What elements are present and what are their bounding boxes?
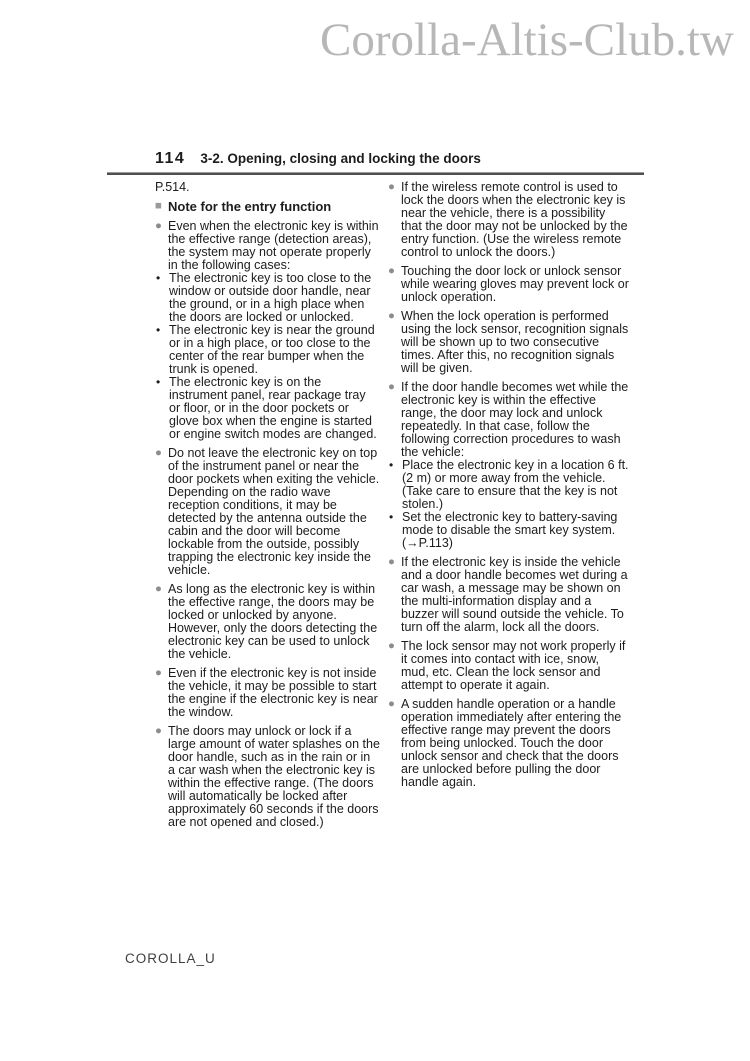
paragraph-text: The electronic key is on the instrument … <box>169 375 377 441</box>
footer-model-code: COROLLA_U <box>125 951 216 966</box>
list-item: ● The lock sensor may not work properly … <box>388 640 629 692</box>
sub-list-item: • The electronic key is near the ground … <box>155 324 380 376</box>
paragraph-text: If the electronic key is inside the vehi… <box>401 555 628 634</box>
dot-bullet-icon: • <box>389 511 393 524</box>
dot-bullet-icon: • <box>156 376 160 389</box>
paragraph-text: The doors may unlock or lock if a large … <box>168 724 380 829</box>
dot-bullet-icon: • <box>156 324 160 337</box>
left-column: P.514. ■ Note for the entry function ● E… <box>155 181 380 829</box>
disc-bullet-icon: ● <box>388 640 395 653</box>
sub-list-item: • Place the electronic key in a location… <box>388 459 629 511</box>
dot-bullet-icon: • <box>156 272 160 285</box>
list-item: ● As long as the electronic key is withi… <box>155 583 380 661</box>
paragraph-text: Set the electronic key to battery-saving… <box>402 510 617 550</box>
right-column: ● If the wireless remote control is used… <box>388 181 629 829</box>
list-item: ● If the electronic key is inside the ve… <box>388 556 629 634</box>
dot-bullet-icon: • <box>389 459 393 472</box>
disc-bullet-icon: ● <box>388 181 395 194</box>
paragraph-text: The electronic key is too close to the w… <box>169 271 371 324</box>
disc-bullet-icon: ● <box>155 220 162 233</box>
manual-page: { "watermark": "Corolla-Altis-Club.tw", … <box>0 0 750 1061</box>
list-item: ● Even if the electronic key is not insi… <box>155 667 380 719</box>
disc-bullet-icon: ● <box>155 667 162 680</box>
watermark: Corolla-Altis-Club.tw <box>320 13 734 67</box>
list-item: ● When the lock operation is performed u… <box>388 310 629 375</box>
sub-list-item: • The electronic key is too close to the… <box>155 272 380 324</box>
disc-bullet-icon: ● <box>388 698 395 711</box>
disc-bullet-icon: ● <box>155 583 162 596</box>
header-rule <box>107 172 644 175</box>
continuation-reference: P.514. <box>155 181 380 194</box>
paragraph-text: Touching the door lock or unlock sensor … <box>401 264 629 304</box>
paragraph-text: The lock sensor may not work properly if… <box>401 639 625 692</box>
disc-bullet-icon: ● <box>388 265 395 278</box>
sub-list-item: • Set the electronic key to battery-savi… <box>388 511 629 550</box>
list-item: ● If the wireless remote control is used… <box>388 181 629 259</box>
page-number: 114 <box>155 150 185 168</box>
paragraph-text: Even if the electronic key is not inside… <box>168 666 378 719</box>
list-item: ● If the door handle becomes wet while t… <box>388 381 629 459</box>
paragraph-text: When the lock operation is performed usi… <box>401 309 628 375</box>
list-item: ● Touching the door lock or unlock senso… <box>388 265 629 304</box>
page-header: 114 3-2. Opening, closing and locking th… <box>107 150 644 168</box>
disc-bullet-icon: ● <box>155 725 162 738</box>
paragraph-text: As long as the electronic key is within … <box>168 582 377 661</box>
note-heading: ■ Note for the entry function <box>155 200 380 214</box>
paragraph-text: If the wireless remote control is used t… <box>401 180 628 259</box>
heading-text: Note for the entry function <box>168 199 331 214</box>
two-column-body: P.514. ■ Note for the entry function ● E… <box>107 181 644 829</box>
list-item: ● Even when the electronic key is within… <box>155 220 380 272</box>
list-item: ● A sudden handle operation or a handle … <box>388 698 629 789</box>
paragraph-text: The electronic key is near the ground or… <box>169 323 375 376</box>
paragraph-text: If the door handle becomes wet while the… <box>401 380 628 459</box>
page-content: 114 3-2. Opening, closing and locking th… <box>107 150 644 829</box>
paragraph-text: Even when the electronic key is within t… <box>168 219 379 272</box>
paragraph-text: A sudden handle operation or a handle op… <box>401 697 621 789</box>
disc-bullet-icon: ● <box>388 556 395 569</box>
sub-list-item: • The electronic key is on the instrumen… <box>155 376 380 441</box>
paragraph-text: Place the electronic key in a location 6… <box>402 458 629 511</box>
paragraph-text: P.514. <box>155 180 190 194</box>
section-title: 3-2. Opening, closing and locking the do… <box>200 151 481 166</box>
square-bullet-icon: ■ <box>155 200 162 213</box>
paragraph-text: Do not leave the electronic key on top o… <box>168 446 379 577</box>
disc-bullet-icon: ● <box>155 447 162 460</box>
list-item: ● Do not leave the electronic key on top… <box>155 447 380 577</box>
disc-bullet-icon: ● <box>388 381 395 394</box>
list-item: ● The doors may unlock or lock if a larg… <box>155 725 380 829</box>
disc-bullet-icon: ● <box>388 310 395 323</box>
